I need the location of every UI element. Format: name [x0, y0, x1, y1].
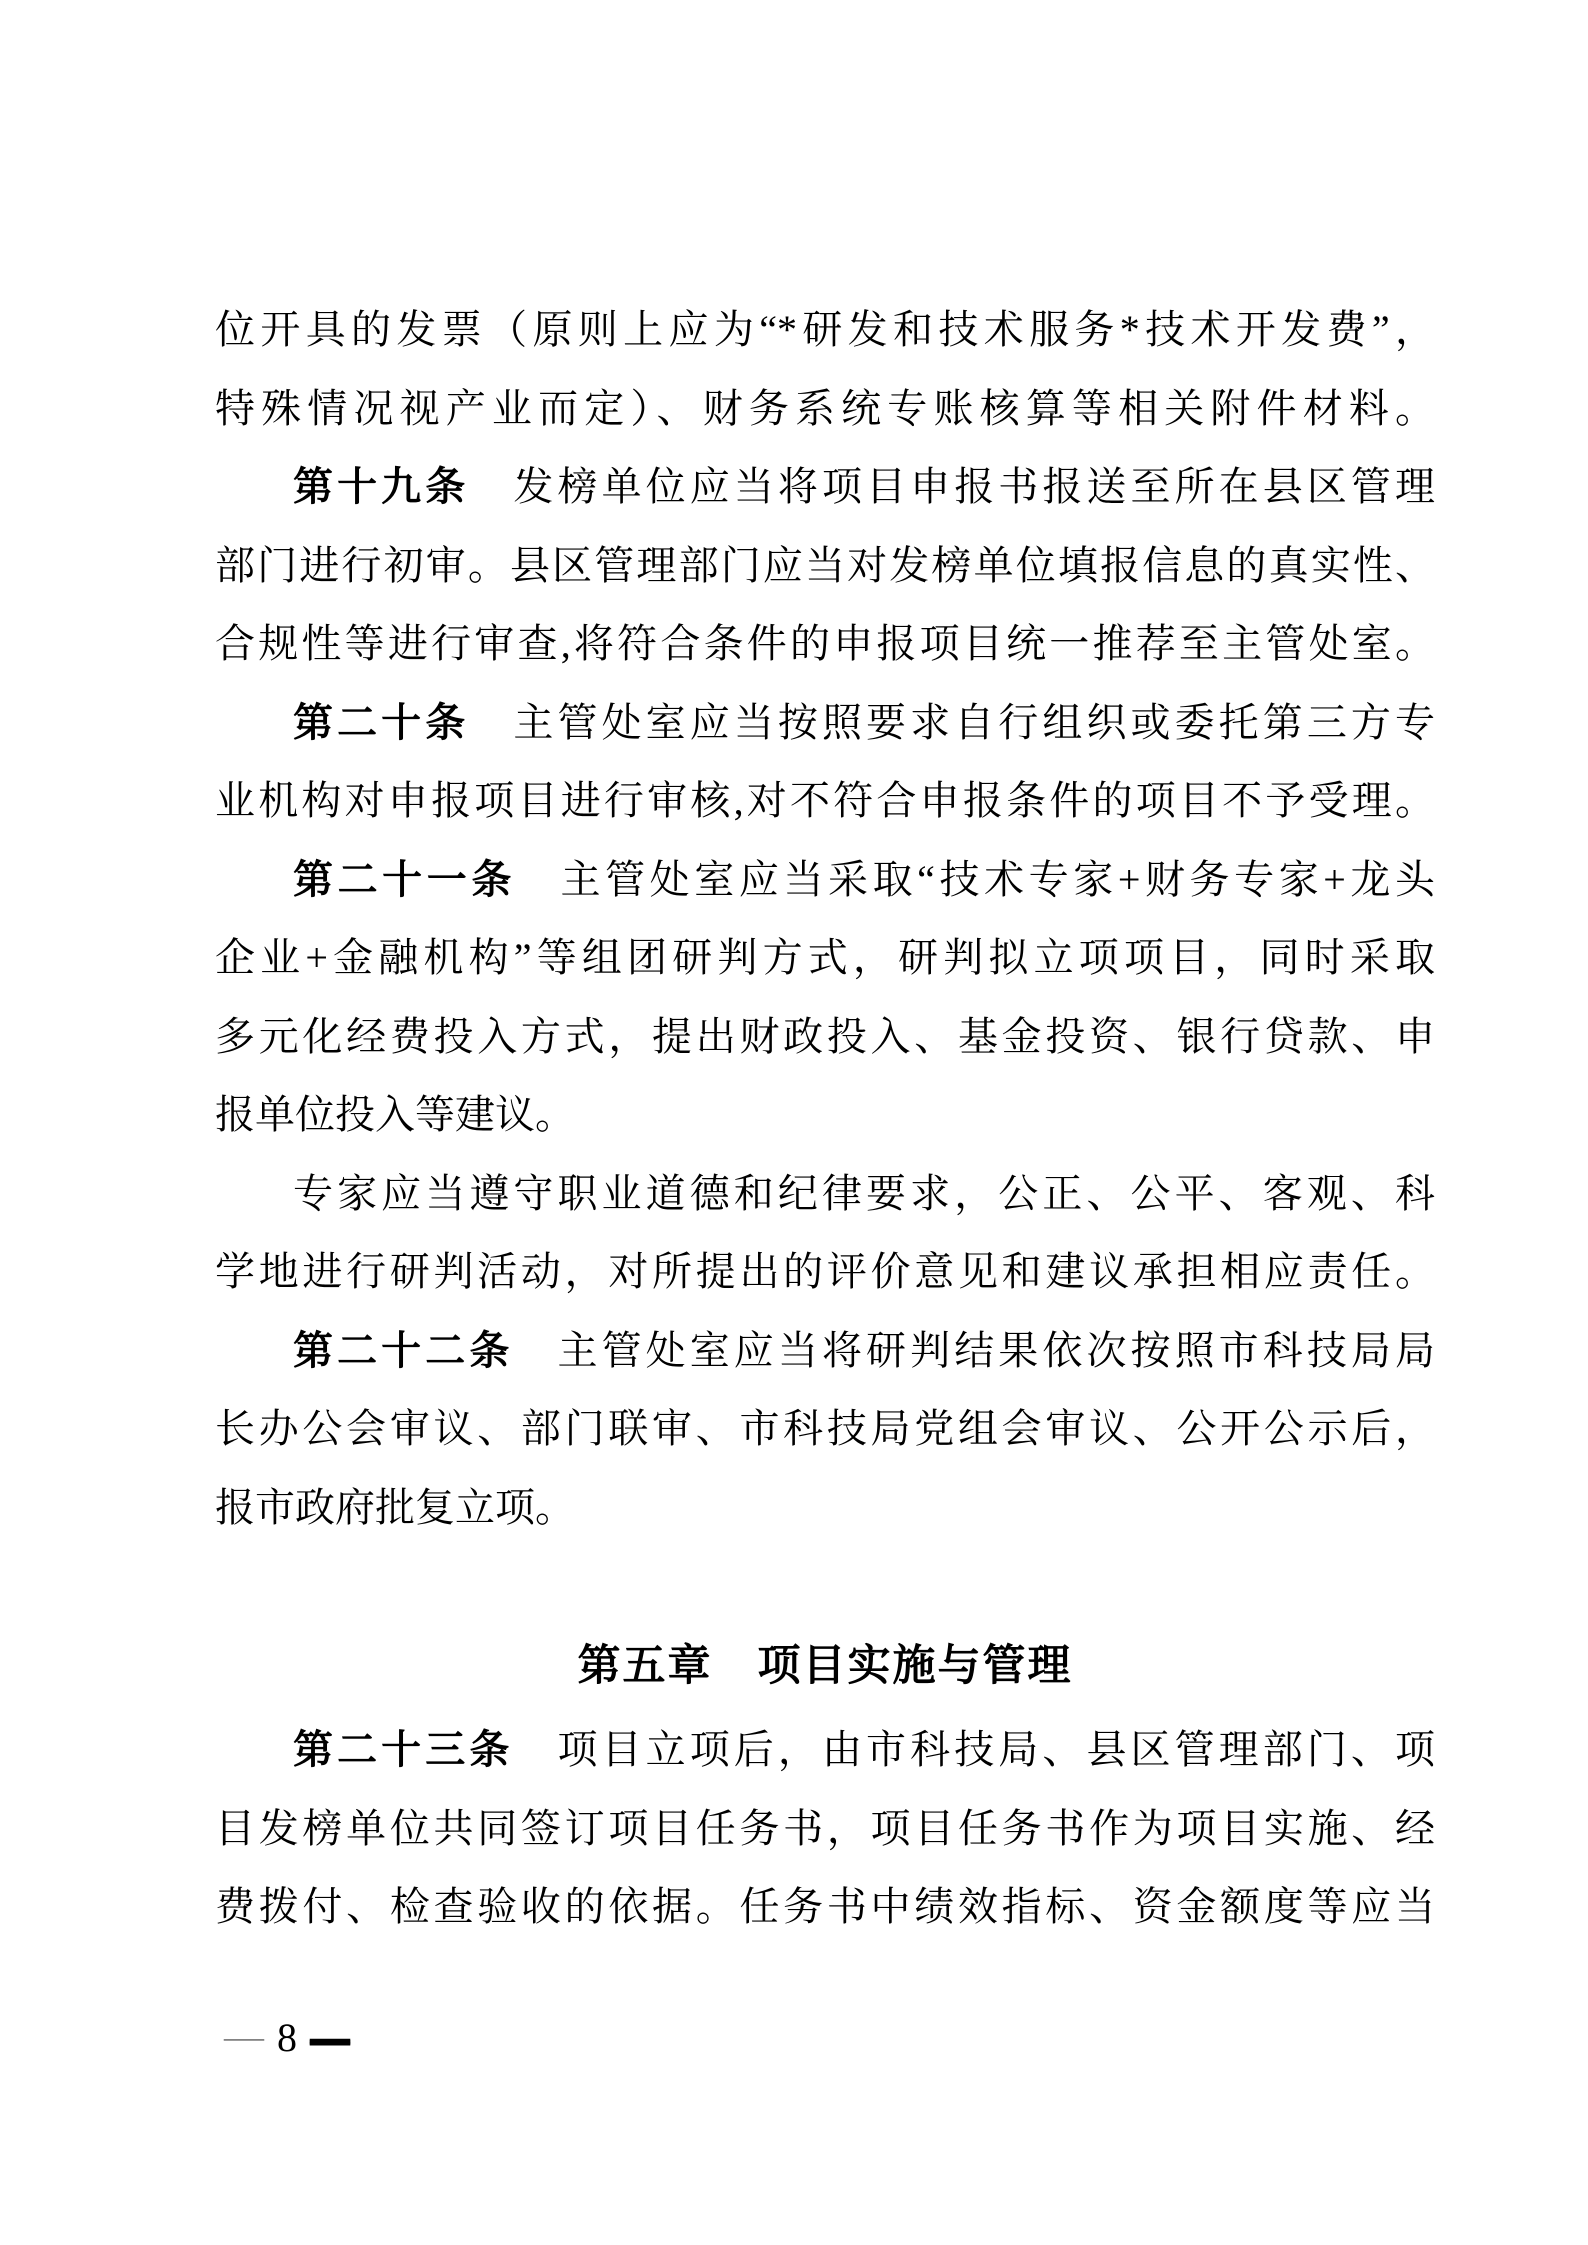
footer-dash-right: — [310, 2008, 350, 2068]
text-line: 目发榜单位共同签订项目任务书，项目任务书作为项目实施、经 [215, 1790, 1435, 1869]
text-line: 长办公会审议、部门联审、市科技局党组会审议、公开公示后， [215, 1390, 1435, 1469]
line-text: 报市政府批复立项。 [215, 1485, 575, 1530]
text-line: 报市政府批复立项。 [215, 1469, 1435, 1548]
text-line: 业机构对申报项目进行审核,对不符合申报条件的项目不予受理。 [215, 762, 1435, 841]
text-line: 学地进行研判活动，对所提出的评价意见和建议承担相应责任。 [215, 1233, 1435, 1312]
article-number: 第十九条 [293, 464, 469, 509]
article-number: 第二十二条 [293, 1328, 513, 1373]
text-line: 费拨付、检查验收的依据。任务书中绩效指标、资金额度等应当 [215, 1868, 1435, 1947]
line-text: 学地进行研判活动，对所提出的评价意见和建议承担相应责任。 [215, 1249, 1435, 1294]
text-line: 特殊情况视产业而定）、财务系统专账核算等相关附件材料。 [215, 370, 1435, 449]
line-text: 目发榜单位共同签订项目任务书，项目任务书作为项目实施、经 [215, 1806, 1435, 1851]
text-line: 第十九条 发榜单位应当将项目申报书报送至所在县区管理 [215, 448, 1435, 527]
page: 位开具的发票（原则上应为“*研发和技术服务*技术开发费”， 特殊情况视产业而定）… [0, 0, 1588, 2245]
line-text: 多元化经费投入方式，提出财政投入、基金投资、银行贷款、申 [215, 1014, 1435, 1059]
text-line: 第二十三条 项目立项后，由市科技局、县区管理部门、项 [215, 1711, 1435, 1790]
text-line: 企业+金融机构”等组团研判方式，研判拟立项项目，同时采取 [215, 919, 1435, 998]
body-text-block: 第二十三条 项目立项后，由市科技局、县区管理部门、项 目发榜单位共同签订项目任务… [215, 1711, 1435, 1947]
text-line: 报单位投入等建议。 [215, 1076, 1435, 1155]
line-text: 主管处室应当采取“技术专家+财务专家+龙头 [516, 857, 1435, 902]
chapter-heading: 第五章 项目实施与管理 [215, 1627, 1435, 1706]
page-number: 8 [277, 2015, 297, 2060]
footer-dash-left: — [224, 2022, 264, 2055]
line-text: 特殊情况视产业而定）、财务系统专账核算等相关附件材料。 [215, 386, 1435, 431]
text-line: 位开具的发票（原则上应为“*研发和技术服务*技术开发费”， [215, 291, 1435, 370]
line-text: 费拨付、检查验收的依据。任务书中绩效指标、资金额度等应当 [215, 1884, 1435, 1929]
article-number: 第二十条 [293, 700, 469, 745]
text-line: 第二十二条 主管处室应当将研判结果依次按照市科技局局 [215, 1312, 1435, 1391]
line-text: 项目立项后，由市科技局、县区管理部门、项 [513, 1727, 1435, 1772]
line-text: 部门进行初审。县区管理部门应当对发榜单位填报信息的真实性、 [215, 543, 1435, 588]
line-text: 位开具的发票（原则上应为“*研发和技术服务*技术开发费”， [215, 307, 1435, 352]
text-line: 合规性等进行审查,将符合条件的申报项目统一推荐至主管处室。 [215, 605, 1435, 684]
text-line: 第二十一条 主管处室应当采取“技术专家+财务专家+龙头 [215, 841, 1435, 920]
line-text: 业机构对申报项目进行审核,对不符合申报条件的项目不予受理。 [215, 778, 1435, 823]
line-text: 发榜单位应当将项目申报书报送至所在县区管理 [469, 464, 1435, 509]
text-line: 第二十条 主管处室应当按照要求自行组织或委托第三方专 [215, 684, 1435, 763]
line-text: 专家应当遵守职业道德和纪律要求，公正、公平、客观、科 [293, 1171, 1435, 1216]
line-text: 报单位投入等建议。 [215, 1092, 575, 1137]
line-text: 主管处室应当将研判结果依次按照市科技局局 [513, 1328, 1435, 1373]
page-footer: —8— [224, 2008, 350, 2068]
line-text: 长办公会审议、部门联审、市科技局党组会审议、公开公示后， [215, 1406, 1435, 1451]
line-text: 主管处室应当按照要求自行组织或委托第三方专 [469, 700, 1435, 745]
body-text-block: 位开具的发票（原则上应为“*研发和技术服务*技术开发费”， 特殊情况视产业而定）… [215, 291, 1435, 1547]
text-line: 多元化经费投入方式，提出财政投入、基金投资、银行贷款、申 [215, 998, 1435, 1077]
article-number: 第二十一条 [293, 857, 516, 902]
article-number: 第二十三条 [293, 1727, 513, 1772]
line-text: 合规性等进行审查,将符合条件的申报项目统一推荐至主管处室。 [215, 621, 1435, 666]
text-line: 专家应当遵守职业道德和纪律要求，公正、公平、客观、科 [215, 1155, 1435, 1234]
text-line: 部门进行初审。县区管理部门应当对发榜单位填报信息的真实性、 [215, 527, 1435, 606]
line-text: 企业+金融机构”等组团研判方式，研判拟立项项目，同时采取 [215, 935, 1435, 980]
